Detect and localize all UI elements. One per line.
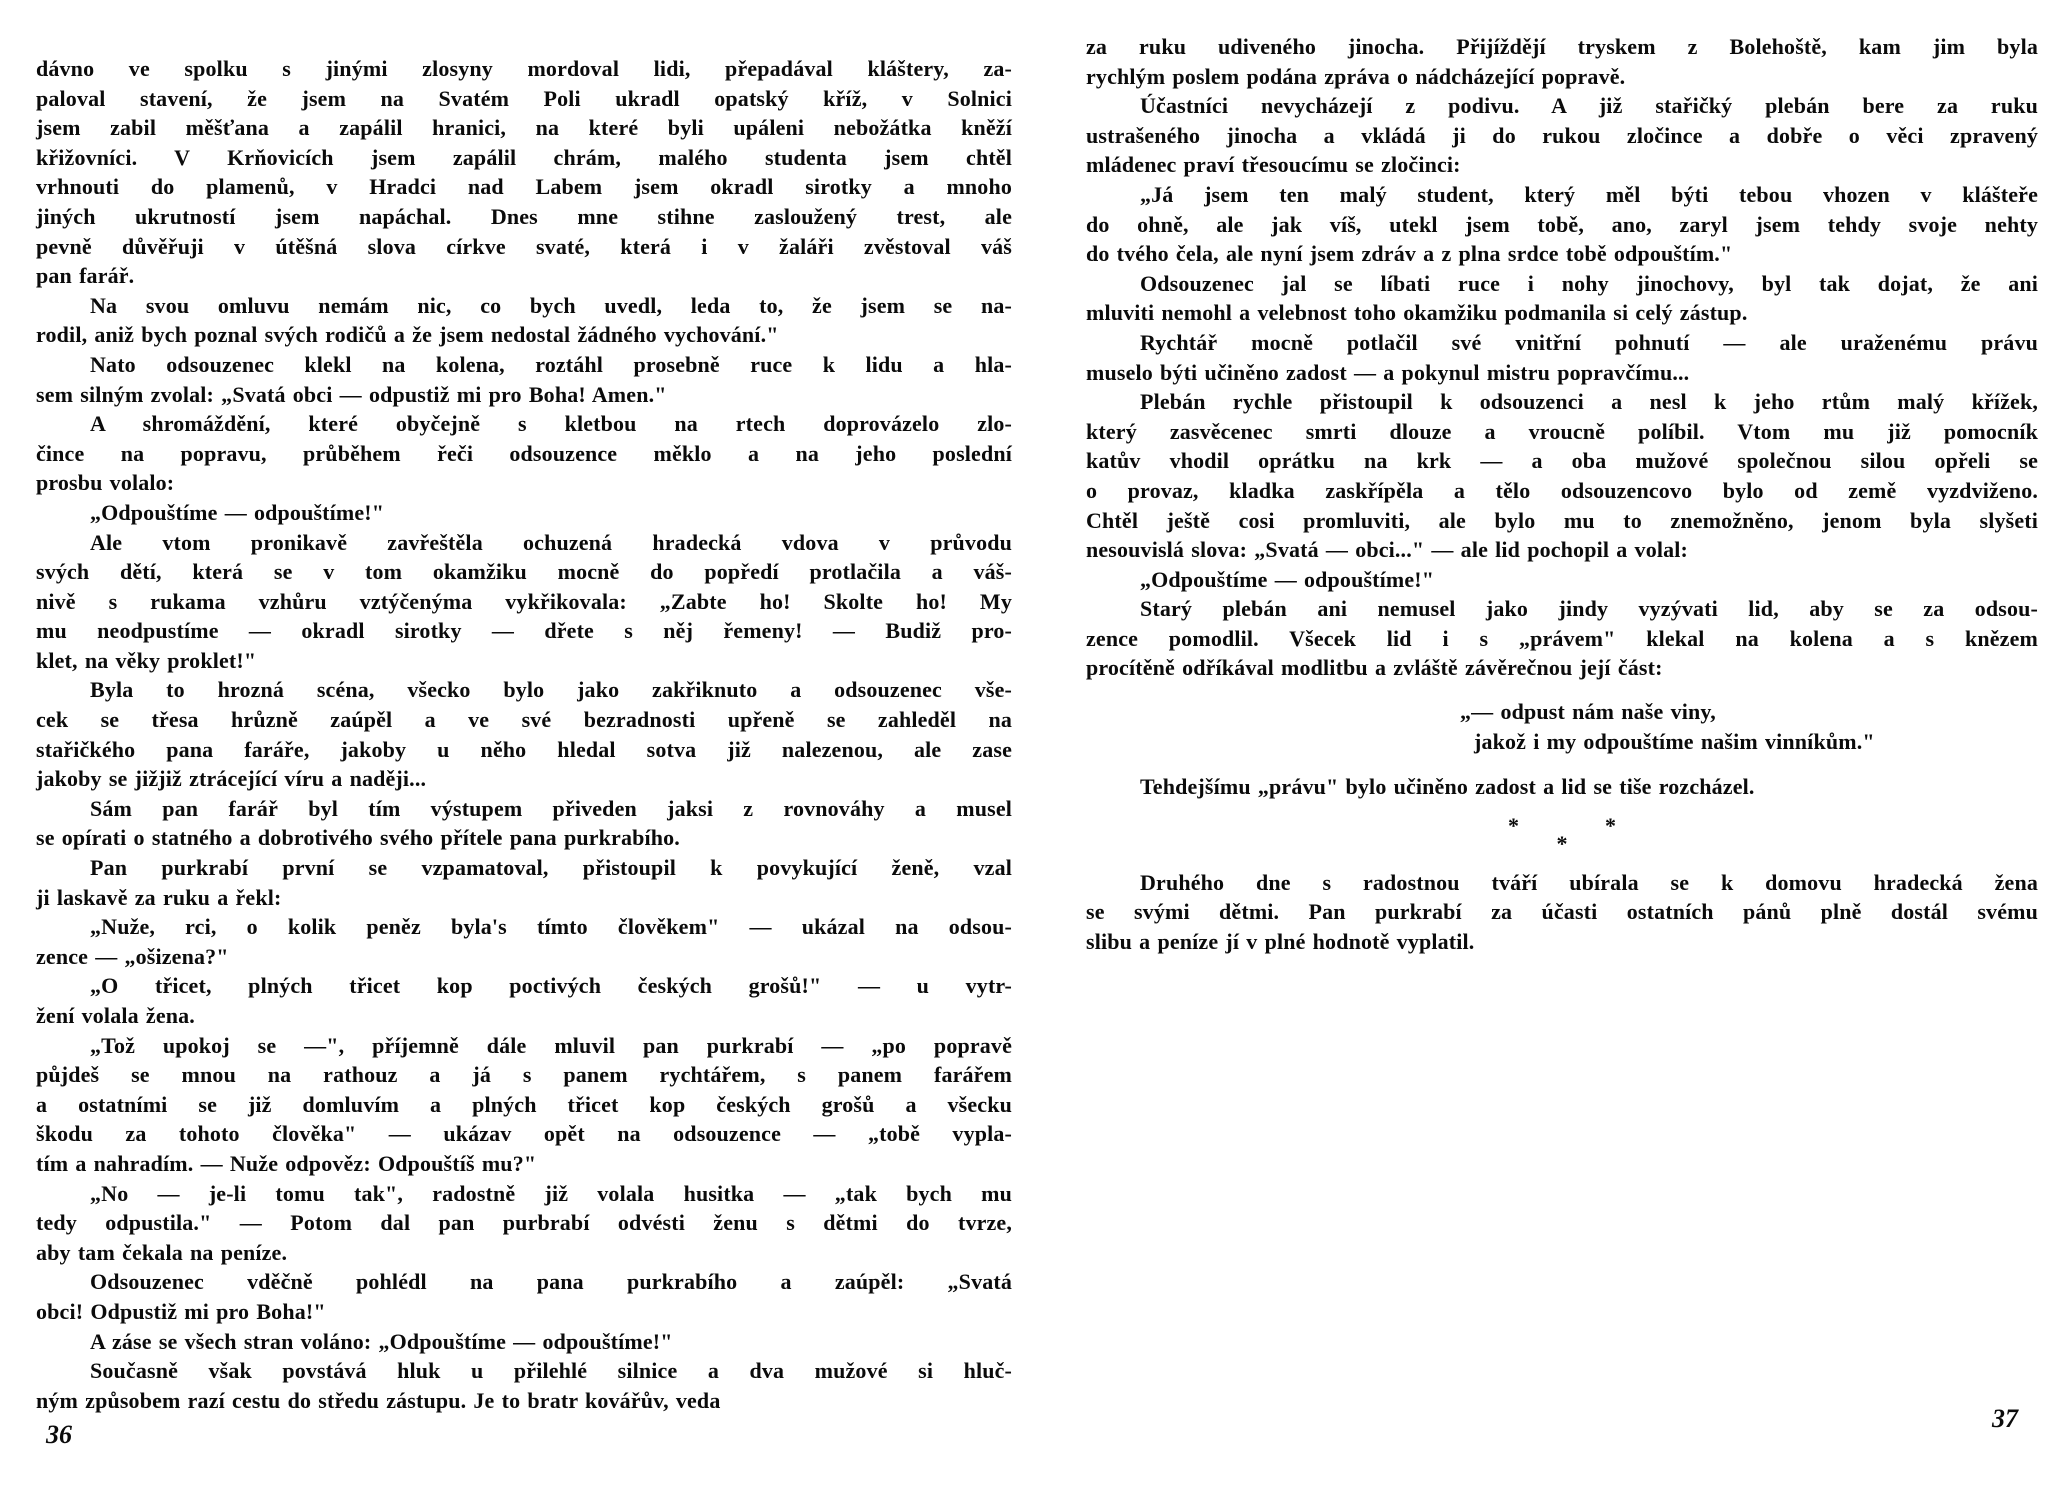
text-line: nivě s rukama vzhůru vztýčenýma vykřikov… (36, 587, 1012, 617)
text-line: „Odpouštíme — odpouštíme!" (1086, 565, 2038, 595)
paragraph: Pan purkrabí první se vzpamatoval, přist… (36, 853, 1012, 912)
verse-block: „— odpust nám naše viny,jakož i my odpou… (1460, 697, 2038, 756)
text-line: Odsouzenec jal se líbati ruce i nohy jin… (1086, 269, 2038, 299)
text-line: mluviti nemohl a velebnost toho okamžiku… (1086, 298, 2038, 328)
page-left: dávno ve spolku s jinými zlosyny mordova… (36, 0, 1012, 1500)
text-line: nesouvislá slova: „Svatá — obci..." — al… (1086, 535, 2038, 565)
text-line: rodil, aniž bych poznal svých rodičů a ž… (36, 320, 1012, 350)
text-line: mládenec praví třesoucímu se zločinci: (1086, 150, 2038, 180)
text-line: Nato odsouzenec klekl na kolena, roztáhl… (36, 350, 1012, 380)
text-line: Sám pan farář byl tím výstupem přiveden … (36, 794, 1012, 824)
text-line: klet, na věky proklet!" (36, 646, 1012, 676)
asterisk-icon: * (1605, 818, 1616, 834)
text-line: „O třicet, plných třicet kop poctivých č… (36, 971, 1012, 1001)
text-line: sem silným zvolal: „Svatá obci — odpusti… (36, 380, 1012, 410)
text-line: „No — je-li tomu tak", radostně již vola… (36, 1179, 1012, 1209)
page-left-text-column: dávno ve spolku s jinými zlosyny mordova… (36, 54, 1012, 1415)
paragraph: „Nuže, rci, o kolik peněz byla's tímto č… (36, 912, 1012, 971)
text-line: svých dětí, která se v tom okamžiku mocn… (36, 557, 1012, 587)
asterisk-icon: * (1557, 836, 1568, 852)
paragraph: Plebán rychle přistoupil k odsouzenci a … (1086, 387, 2038, 565)
paragraph: Rychtář mocně potlačil své vnitřní pohnu… (1086, 328, 2038, 387)
text-line: žení volala žena. (36, 1001, 1012, 1031)
text-line: o provaz, kladka zaskřípěla a tělo odsou… (1086, 476, 2038, 506)
text-line: Plebán rychle přistoupil k odsouzenci a … (1086, 387, 2038, 417)
paragraph: Ale vtom pronikavě zavřeštěla ochuzená h… (36, 528, 1012, 676)
paragraph: Současně však povstává hluk u přilehlé s… (36, 1356, 1012, 1415)
paragraph: „Odpouštíme — odpouštíme!" (36, 498, 1012, 528)
text-line: půjdeš se mnou na rathouz a já s panem r… (36, 1060, 1012, 1090)
text-line: zence pomodlil. Všecek lid i s „právem" … (1086, 624, 2038, 654)
text-line: aby tam čekala na peníze. (36, 1238, 1012, 1268)
paragraph: Nato odsouzenec klekl na kolena, roztáhl… (36, 350, 1012, 409)
paragraph: „Odpouštíme — odpouštíme!" (1086, 565, 2038, 595)
text-line: slibu a peníze jí v plné hodnotě vyplati… (1086, 927, 2038, 957)
text-line: A záse se všech stran voláno: „Odpouštím… (36, 1327, 1012, 1357)
text-line: Chtěl ještě cosi promluviti, ale bylo mu… (1086, 506, 2038, 536)
paragraph: Odsouzenec vděčně pohlédl na pana purkra… (36, 1267, 1012, 1326)
text-line: A shromáždění, které obyčejně s kletbou … (36, 409, 1012, 439)
paragraph: „Tož upokoj se —", příjemně dále mluvil … (36, 1031, 1012, 1179)
paragraph: Sám pan farář byl tím výstupem přiveden … (36, 794, 1012, 853)
text-line: škodu za tohoto člověka" — ukázav opět n… (36, 1119, 1012, 1149)
paragraph: Na svou omluvu nemám nic, co bych uvedl,… (36, 291, 1012, 350)
text-line: jiných ukrutností jsem napáchal. Dnes mn… (36, 202, 1012, 232)
text-line: paloval stavení, že jsem na Svatém Poli … (36, 84, 1012, 114)
text-line: Na svou omluvu nemám nic, co bych uvedl,… (36, 291, 1012, 321)
text-line: Pan purkrabí první se vzpamatoval, přist… (36, 853, 1012, 883)
text-line: Současně však povstává hluk u přilehlé s… (36, 1356, 1012, 1386)
paragraph: A shromáždění, které obyčejně s kletbou … (36, 409, 1012, 498)
text-line: pan farář. (36, 261, 1012, 291)
text-line: jakož i my odpouštíme našim vinníkům." (1474, 727, 2038, 757)
text-line: „— odpust nám naše viny, (1460, 697, 2038, 727)
paragraph: dávno ve spolku s jinými zlosyny mordova… (36, 54, 1012, 291)
text-line: „Tož upokoj se —", příjemně dále mluvil … (36, 1031, 1012, 1061)
text-line: Tehdejšímu „právu" bylo učiněno zadost a… (1086, 772, 2038, 802)
paragraph: „O třicet, plných třicet kop poctivých č… (36, 971, 1012, 1030)
text-line: do ohně, ale jak víš, utekl jsem tobě, a… (1086, 210, 2038, 240)
text-line: rychlým poslem podána zpráva o nádcházej… (1086, 62, 2038, 92)
page-number-right: 37 (1992, 1404, 2018, 1434)
text-line: se opírati o statného a dobrotivého svéh… (36, 823, 1012, 853)
paragraph: „Já jsem ten malý student, který měl být… (1086, 180, 2038, 269)
text-line: Rychtář mocně potlačil své vnitřní pohnu… (1086, 328, 2038, 358)
text-line: „Nuže, rci, o kolik peněz byla's tímto č… (36, 912, 1012, 942)
text-line: procítěně odříkával modlitbu a zvláště z… (1086, 653, 2038, 683)
text-line: Ale vtom pronikavě zavřeštěla ochuzená h… (36, 528, 1012, 558)
text-line: dávno ve spolku s jinými zlosyny mordova… (36, 54, 1012, 84)
text-line: za ruku udiveného jinocha. Přijíždějí tr… (1086, 32, 2038, 62)
text-line: Účastníci nevycházejí z podivu. A již st… (1086, 91, 2038, 121)
text-line: ustrašeného jinocha a vkládá ji do rukou… (1086, 121, 2038, 151)
page-right-text-column: za ruku udiveného jinocha. Přijíždějí tr… (1086, 32, 2038, 957)
text-line: katův vhodil oprátku na krk — a oba mužo… (1086, 446, 2038, 476)
book-spread: dávno ve spolku s jinými zlosyny mordova… (0, 0, 2072, 1500)
text-line: do tvého čela, ale nyní jsem zdráv a z p… (1086, 239, 2038, 269)
text-line: mu neodpustíme — okradl sirotky — dřete … (36, 616, 1012, 646)
paragraph: Účastníci nevycházejí z podivu. A již st… (1086, 91, 2038, 180)
text-line: který zasvěcenec smrti dlouze a vroucně … (1086, 417, 2038, 447)
text-line: křižovníci. V Krňovicích jsem zapálil ch… (36, 143, 1012, 173)
text-line: cek se třesa hrůzně zaúpěl a ve své bezr… (36, 705, 1012, 735)
text-line: vrhnouti do plamenů, v Hradci nad Labem … (36, 172, 1012, 202)
paragraph: Starý plebán ani nemusel jako jindy vyzý… (1086, 594, 2038, 683)
text-line: se svými dětmi. Pan purkrabí za účasti o… (1086, 897, 2038, 927)
text-line: stařičkého pana faráře, jakoby u něho hl… (36, 735, 1012, 765)
text-line: zence — „ošizena?" (36, 942, 1012, 972)
text-line: Druhého dne s radostnou tváří ubírala se… (1086, 868, 2038, 898)
text-line: čince na popravu, průběhem řeči odsouzen… (36, 439, 1012, 469)
page-right: za ruku udiveného jinocha. Přijíždějí tr… (1086, 0, 2038, 1500)
text-line: muselo býti učiněno zadost — a pokynul m… (1086, 358, 2038, 388)
text-line: tedy odpustila." — Potom dal pan purbrab… (36, 1208, 1012, 1238)
text-line: a ostatními se již domluvím a plných tři… (36, 1090, 1012, 1120)
asterisk-icon: * (1508, 818, 1519, 834)
paragraph: Byla to hrozná scéna, všecko bylo jako z… (36, 675, 1012, 793)
text-line: ji laskavě za ruku a řekl: (36, 883, 1012, 913)
paragraph: za ruku udiveného jinocha. Přijíždějí tr… (1086, 32, 2038, 91)
text-line: Starý plebán ani nemusel jako jindy vyzý… (1086, 594, 2038, 624)
text-line: Byla to hrozná scéna, všecko bylo jako z… (36, 675, 1012, 705)
text-line: obci! Odpustiž mi pro Boha!" (36, 1297, 1012, 1327)
text-line: „Odpouštíme — odpouštíme!" (36, 498, 1012, 528)
paragraph: „No — je-li tomu tak", radostně již vola… (36, 1179, 1012, 1268)
text-line: prosbu volalo: (36, 468, 1012, 498)
paragraph: A záse se všech stran voláno: „Odpouštím… (36, 1327, 1012, 1357)
paragraph: Tehdejšímu „právu" bylo učiněno zadost a… (1086, 772, 2038, 802)
page-number-left: 36 (46, 1420, 72, 1450)
paragraph: Odsouzenec jal se líbati ruce i nohy jin… (1086, 269, 2038, 328)
section-separator: *** (1086, 818, 2038, 852)
text-line: Odsouzenec vděčně pohlédl na pana purkra… (36, 1267, 1012, 1297)
text-line: jakoby se jižjiž ztrácející víru a naděj… (36, 764, 1012, 794)
text-line: tím a nahradím. — Nuže odpověz: Odpouští… (36, 1149, 1012, 1179)
text-line: pevně důvěřuji v útěšná slova církve sva… (36, 232, 1012, 262)
text-line: ným způsobem razí cestu do středu zástup… (36, 1386, 1012, 1416)
paragraph: Druhého dne s radostnou tváří ubírala se… (1086, 868, 2038, 957)
text-line: „Já jsem ten malý student, který měl být… (1086, 180, 2038, 210)
text-line: jsem zabil měšťana a zapálil hranici, na… (36, 113, 1012, 143)
